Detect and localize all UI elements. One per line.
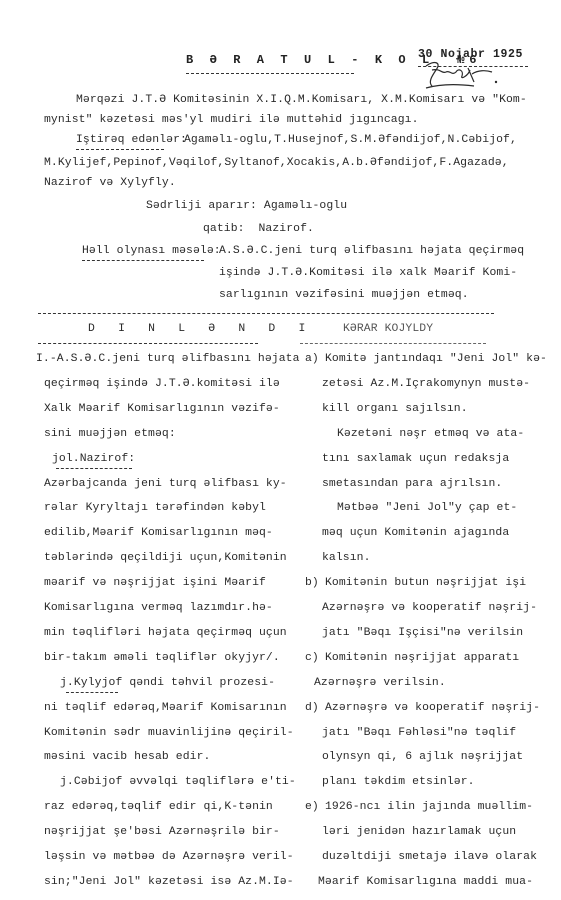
resolution-line: 1926-ncı ilin jajında muəllim- — [325, 800, 533, 814]
agenda-line-2: işində J.T.Ə.Komitəsi ilə xalk Məarif Ko… — [219, 266, 517, 280]
left-column-line: j.Kylyjof qəndi təhvil prozesi- — [60, 676, 275, 690]
document-page: B Ə R A T U L - K O L №6 30 Nojabr 1925 … — [0, 0, 561, 900]
attendees-underline — [76, 149, 164, 150]
resolution-line: smetasından para ajrılsın. — [322, 477, 502, 491]
left-column-line: Komisarlıgına verməq lazımdır.hə- — [44, 601, 273, 615]
right-column-heading: KƏRAR KOJYLDY — [343, 322, 433, 336]
resolution-line: Azərnəşrə verilsin. — [314, 676, 446, 690]
resolution-line: Komitənin nəşrijjat apparatı — [325, 651, 519, 665]
left-heading-underline — [38, 343, 258, 344]
resolution-line: Kəzetəni nəşr etməq və ata- — [337, 427, 524, 441]
left-column-line: jol.Nazirof: — [52, 452, 135, 466]
agenda-label: Həll olynası məsələ: — [82, 244, 221, 258]
resolution-marker: a) — [305, 352, 319, 366]
left-column-line: məarif və nəşrijjat işini Məarif — [44, 576, 266, 590]
left-column-line: məsini vacib hesab edir. — [44, 750, 210, 764]
left-column-heading: D I N L Ə N D I — [88, 322, 314, 336]
resolution-line: Azərnəşrə və kooperatif nəşrij- — [325, 701, 540, 715]
resolution-line: Komitə jantındaqı "Jeni Jol" kə- — [325, 352, 547, 366]
attendees-line-1: Agaməlı-oglu,T.Husejnof,S.M.Əfəndijof,N.… — [184, 133, 517, 147]
resolution-line: məq uçun Komitənin ajagında — [322, 526, 509, 540]
left-column-line: ləşsin və mətbəə də Azərnəşrə veril- — [44, 850, 294, 864]
resolution-line: Mətbəə "Jeni Jol"y çap et- — [337, 501, 517, 515]
left-column-line: qeçirməq işində J.T.Ə.komitəsi ilə — [44, 377, 280, 391]
resolution-line: kalsın. — [322, 551, 371, 565]
resolution-marker: c) — [305, 651, 319, 665]
resolution-line: Məarif Komisarlıgına maddi mua- — [318, 875, 533, 889]
left-column-line: ni təqlif edərəq,Məarif Komisarının — [44, 701, 287, 715]
left-column-line: min təqlifləri həjata qeçirməq uçun — [44, 626, 287, 640]
attendees-line-2: M.Kylijef,Pepinof,Vəqilof,Syltanof,Xocak… — [44, 156, 509, 170]
left-column-line: nəşrijjat şe'bəsi Azərnəşrilə bir- — [44, 825, 280, 839]
left-column-line: təblərində qeçildiji uçun,Komitənin — [44, 551, 287, 565]
resolution-line: Komitənin butun nəşrijjat işi — [325, 576, 526, 590]
left-column-line: raz edərəq,təqlif edir qi,K-tənin — [44, 800, 273, 814]
resolution-line: jatı "Bəqı Işçisi"nə verilsin — [322, 626, 523, 640]
secretary-line: qatib: Nazirof. — [203, 222, 314, 236]
chair-line: Sədrliji aparır: Agaməlı-oglu — [146, 199, 347, 213]
left-column-line: Xalk Məarif Komisarlıgının vəzifə- — [44, 402, 280, 416]
left-column-line: rəlar Kyryltajı tərəfindən kəbyl — [44, 501, 266, 515]
speaker-underline — [66, 692, 118, 693]
left-column-line: sini muəjjən etməq: — [44, 427, 176, 441]
intro-line-2: mynist" kəzetəsi məs'yl mudiri ilə muttə… — [44, 113, 419, 127]
resolution-line: jatı "Bəqı Fəhləsi"nə təqlif — [322, 726, 516, 740]
resolution-line: duzəltdiji smetajə ilavə olarak — [322, 850, 537, 864]
resolution-line: Azərnəşrə və kooperatif nəşrij- — [322, 601, 537, 615]
resolution-line: olynsyn qi, 6 ajlık nəşrijjat — [322, 750, 523, 764]
left-column-line: I.-A.S.Ə.C.jeni turq əlifbasını həjata — [36, 352, 300, 366]
resolution-line: planı təkdim etsinlər. — [322, 775, 475, 789]
left-column-line: j.Cəbijof əvvəlqi təqliflərə e'ti- — [60, 775, 296, 789]
title-underline — [186, 73, 354, 74]
intro-line-1: Mərqəzi J.T.Ə Komitəsinin X.I.Q.M.Komisa… — [76, 93, 527, 107]
resolution-marker: e) — [305, 800, 319, 814]
resolution-line: tını saxlamak uçun redaksja — [322, 452, 509, 466]
left-column-line: Azərbajcanda jeni turq əlifbası ky- — [44, 477, 287, 491]
agenda-underline — [82, 260, 204, 261]
right-heading-underline — [300, 343, 486, 344]
resolution-line: ləri jenidən hazırlamak uçun — [322, 825, 516, 839]
left-column-line: bir-takım əməli təqliflər okyjyr/. — [44, 651, 280, 665]
resolution-line: zetəsi Az.M.Içrakomynyn mustə- — [322, 377, 530, 391]
agenda-line-1: A.S.Ə.C.jeni turq əlifbasını həjata qeçi… — [219, 244, 524, 258]
agenda-line-3: sarlıgının vəzifəsini muəjjən etməq. — [219, 288, 469, 302]
resolution-marker: b) — [305, 576, 319, 590]
signature-icon — [412, 58, 502, 92]
resolution-line: kill organı sajılsın. — [322, 402, 468, 416]
section-top-divider — [38, 313, 494, 314]
resolution-marker: d) — [305, 701, 319, 715]
attendees-label: Iştirəq edənlər: — [76, 133, 187, 147]
left-column-line: Komitənin sədr muavinlijinə qeçiril- — [44, 726, 294, 740]
speaker-underline — [56, 468, 132, 469]
left-column-line: sin;"Jeni Jol" kəzetəsi isə Az.M.Iə- — [44, 875, 294, 889]
left-column-line: edilib,Məarif Komisarlıgının məq- — [44, 526, 273, 540]
attendees-line-3: Nazirof və Xylyfly. — [44, 176, 176, 190]
